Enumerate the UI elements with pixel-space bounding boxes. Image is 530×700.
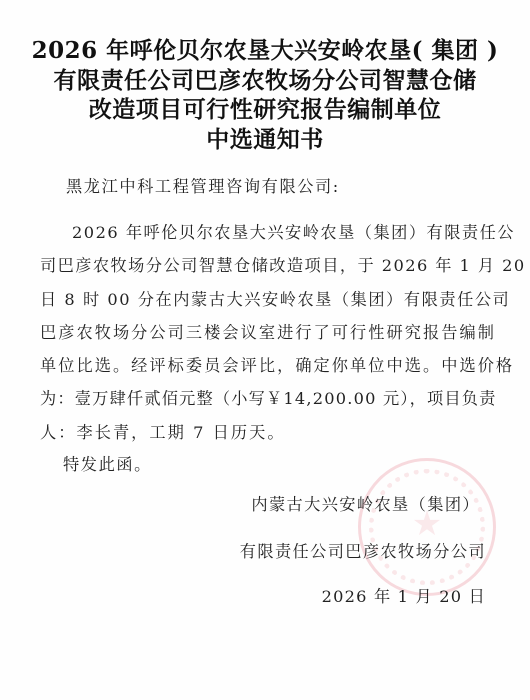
body-line-2: 司巴彦农牧场分公司智慧仓储改造项目，于 2026 年 1 月 20 xyxy=(40,249,480,282)
signature-org-line-1: 内蒙古大兴安岭农垦（集团） xyxy=(251,491,480,515)
official-seal-stamp: ★ xyxy=(358,458,496,596)
body-line-6: 为：壹万肆仟贰佰元整（小写￥14,200.00 元），项目负责 xyxy=(40,382,480,415)
salutation: 黑龙江中科工程管理咨询有限公司: xyxy=(66,173,340,197)
body-paragraph: 2026 年呼伦贝尔农垦大兴安岭农垦（集团）有限责任公 司巴彦农牧场分公司智慧仓… xyxy=(40,216,480,449)
body-line-7: 人：李长青，工期 7 日历天。 xyxy=(40,416,480,449)
notice-document: 2026 年呼伦贝尔农垦大兴安岭农垦( 集团 ) 有限责任公司巴彦农牧场分公司智… xyxy=(0,0,530,700)
title-line-1: 2026 年呼伦贝尔农垦大兴安岭农垦( 集团 ) xyxy=(0,36,530,66)
body-line-5: 单位比选。经评标委员会评比，确定你单位中选。中选价格 xyxy=(40,349,480,382)
body-line-4: 巴彦农牧场分公司三楼会议室进行了可行性研究报告编制 xyxy=(40,316,480,349)
document-title: 2026 年呼伦贝尔农垦大兴安岭农垦( 集团 ) 有限责任公司巴彦农牧场分公司智… xyxy=(0,36,530,154)
signature-org-line-2: 有限责任公司巴彦农牧场分公司 xyxy=(240,538,486,562)
title-line-2: 有限责任公司巴彦农牧场分公司智慧仓储 xyxy=(0,66,530,96)
title-line-4: 中选通知书 xyxy=(0,125,530,155)
signature-date: 2026 年 1 月 20 日 xyxy=(322,583,486,607)
closing-remark: 特发此函。 xyxy=(63,451,152,475)
title-line-3: 改造项目可行性研究报告编制单位 xyxy=(0,95,530,125)
body-line-3: 日 8 时 00 分在内蒙古大兴安岭农垦（集团）有限责任公司 xyxy=(40,283,480,316)
body-line-1: 2026 年呼伦贝尔农垦大兴安岭农垦（集团）有限责任公 xyxy=(40,216,480,249)
